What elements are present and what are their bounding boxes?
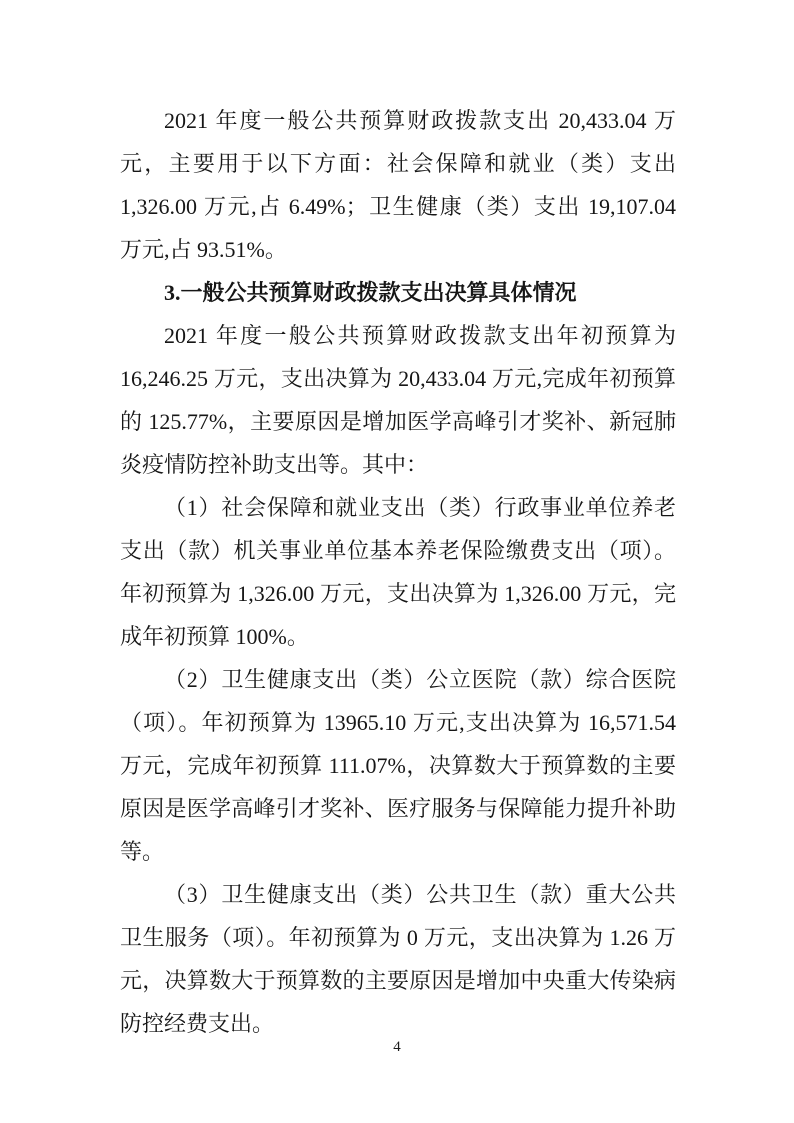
document-body: 2021 年度一般公共预算财政拨款支出 20,433.04 万元，主要用于以下方… [120,99,676,1045]
paragraph-item-1-social-security: （1）社会保障和就业支出（类）行政事业单位养老支出（款）机关事业单位基本养老保险… [120,486,676,658]
paragraph-budget-vs-final: 2021 年度一般公共预算财政拨款支出年初预算为 16,246.25 万元，支出… [120,314,676,486]
paragraph-item-2-public-hospital: （2）卫生健康支出（类）公立医院（款）综合医院（项）。年初预算为 13965.1… [120,658,676,873]
paragraph-expenditure-overview: 2021 年度一般公共预算财政拨款支出 20,433.04 万元，主要用于以下方… [120,99,676,271]
page-number: 4 [393,1039,401,1055]
paragraph-item-3-public-health: （3）卫生健康支出（类）公共卫生（款）重大公共卫生服务（项）。年初预算为 0 万… [120,873,676,1045]
section-heading-3: 3.一般公共预算财政拨款支出决算具体情况 [120,271,676,314]
document-page: 2021 年度一般公共预算财政拨款支出 20,433.04 万元，主要用于以下方… [0,0,794,1123]
page-footer: 4 [0,1036,794,1058]
